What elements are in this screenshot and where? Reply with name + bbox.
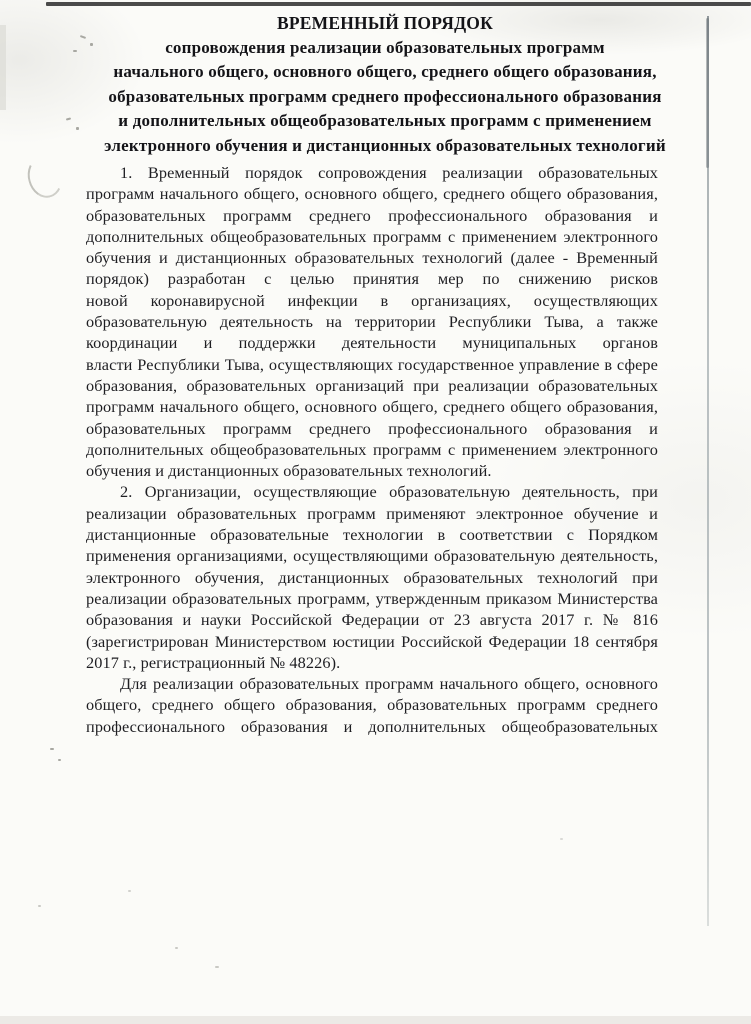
scan-top-edge-band	[46, 2, 751, 6]
hole-punch-crescent-artifact	[23, 152, 67, 201]
document-subtitle-line: начального общего, основного общего, сре…	[35, 60, 735, 85]
text-line: Для реализации образовательных программ …	[86, 673, 658, 694]
text-line: образования и науки Российской Федерации…	[86, 609, 658, 630]
document-title: ВРЕМЕННЫЙ ПОРЯДОК	[35, 11, 735, 36]
scan-left-edge-smudge	[0, 25, 6, 110]
text-line: 2017 г., регистрационный № 48226).	[86, 652, 658, 673]
text-line: 1. Временный порядок сопровождения реали…	[86, 162, 658, 183]
scan-speck	[58, 759, 61, 761]
document-subtitle-line: сопровождения реализации образовательных…	[35, 36, 735, 61]
text-line: обучения и дистанционных образовательных…	[86, 460, 658, 481]
paragraph: 1. Временный порядок сопровождения реали…	[86, 162, 658, 481]
text-line: образовательных программ среднего профес…	[86, 418, 658, 439]
document-subtitle-line: электронного обучения и дистанционных об…	[35, 134, 735, 159]
scan-speck	[560, 838, 563, 840]
text-line: реализации образовательных программ прим…	[86, 503, 658, 524]
document-subtitle-line: и дополнительных общеобразовательных про…	[35, 109, 735, 134]
text-line: образовательных программ среднего профес…	[86, 205, 658, 226]
text-line: профессионального образования и дополнит…	[86, 716, 658, 737]
text-line: применения организациями, осуществляющим…	[86, 545, 658, 566]
text-line: власти Республики Тыва, осуществляющих г…	[86, 354, 658, 375]
text-line: программ начального общего, основного об…	[86, 183, 658, 204]
document-body: 1. Временный порядок сопровождения реали…	[86, 162, 658, 737]
text-line: новой коронавирусной инфекции в организа…	[86, 290, 658, 311]
text-line: дополнительных общеобразовательных прогр…	[86, 226, 658, 247]
scan-speck	[175, 947, 178, 949]
text-line: порядок) разработан с целью принятия мер…	[86, 268, 658, 289]
text-line: общего, среднего общего образования, обр…	[86, 694, 658, 715]
text-line: программ начального общего, основного об…	[86, 396, 658, 417]
document-subtitle: сопровождения реализации образовательных…	[35, 36, 735, 159]
scan-bottom-edge-band	[0, 1016, 751, 1024]
document-page: ВРЕМЕННЫЙ ПОРЯДОК сопровождения реализац…	[0, 0, 751, 1024]
text-line: образовательную деятельность на территор…	[86, 311, 658, 332]
paragraph: Для реализации образовательных программ …	[86, 673, 658, 737]
document-subtitle-line: образовательных программ среднего профес…	[35, 85, 735, 110]
text-line: (зарегистрирован Министерством юстиции Р…	[86, 631, 658, 652]
paragraph: 2. Организации, осуществляющие образоват…	[86, 481, 658, 673]
text-line: электронного обучения, дистанционных обр…	[86, 567, 658, 588]
text-line: дополнительных общеобразовательных прогр…	[86, 439, 658, 460]
text-line: обучения и дистанционных образовательных…	[86, 247, 658, 268]
scan-speck	[128, 890, 131, 892]
scan-speck	[215, 966, 219, 968]
text-line: реализации образовательных программ, утв…	[86, 588, 658, 609]
document-heading: ВРЕМЕННЫЙ ПОРЯДОК сопровождения реализац…	[35, 11, 735, 159]
scan-speck	[50, 748, 54, 750]
scan-speck	[38, 905, 41, 907]
text-line: 2. Организации, осуществляющие образоват…	[86, 481, 658, 502]
text-line: координации и поддержки деятельности мун…	[86, 332, 658, 353]
text-line: образования, образовательных организаций…	[86, 375, 658, 396]
text-line: дистанционные образовательные технологии…	[86, 524, 658, 545]
